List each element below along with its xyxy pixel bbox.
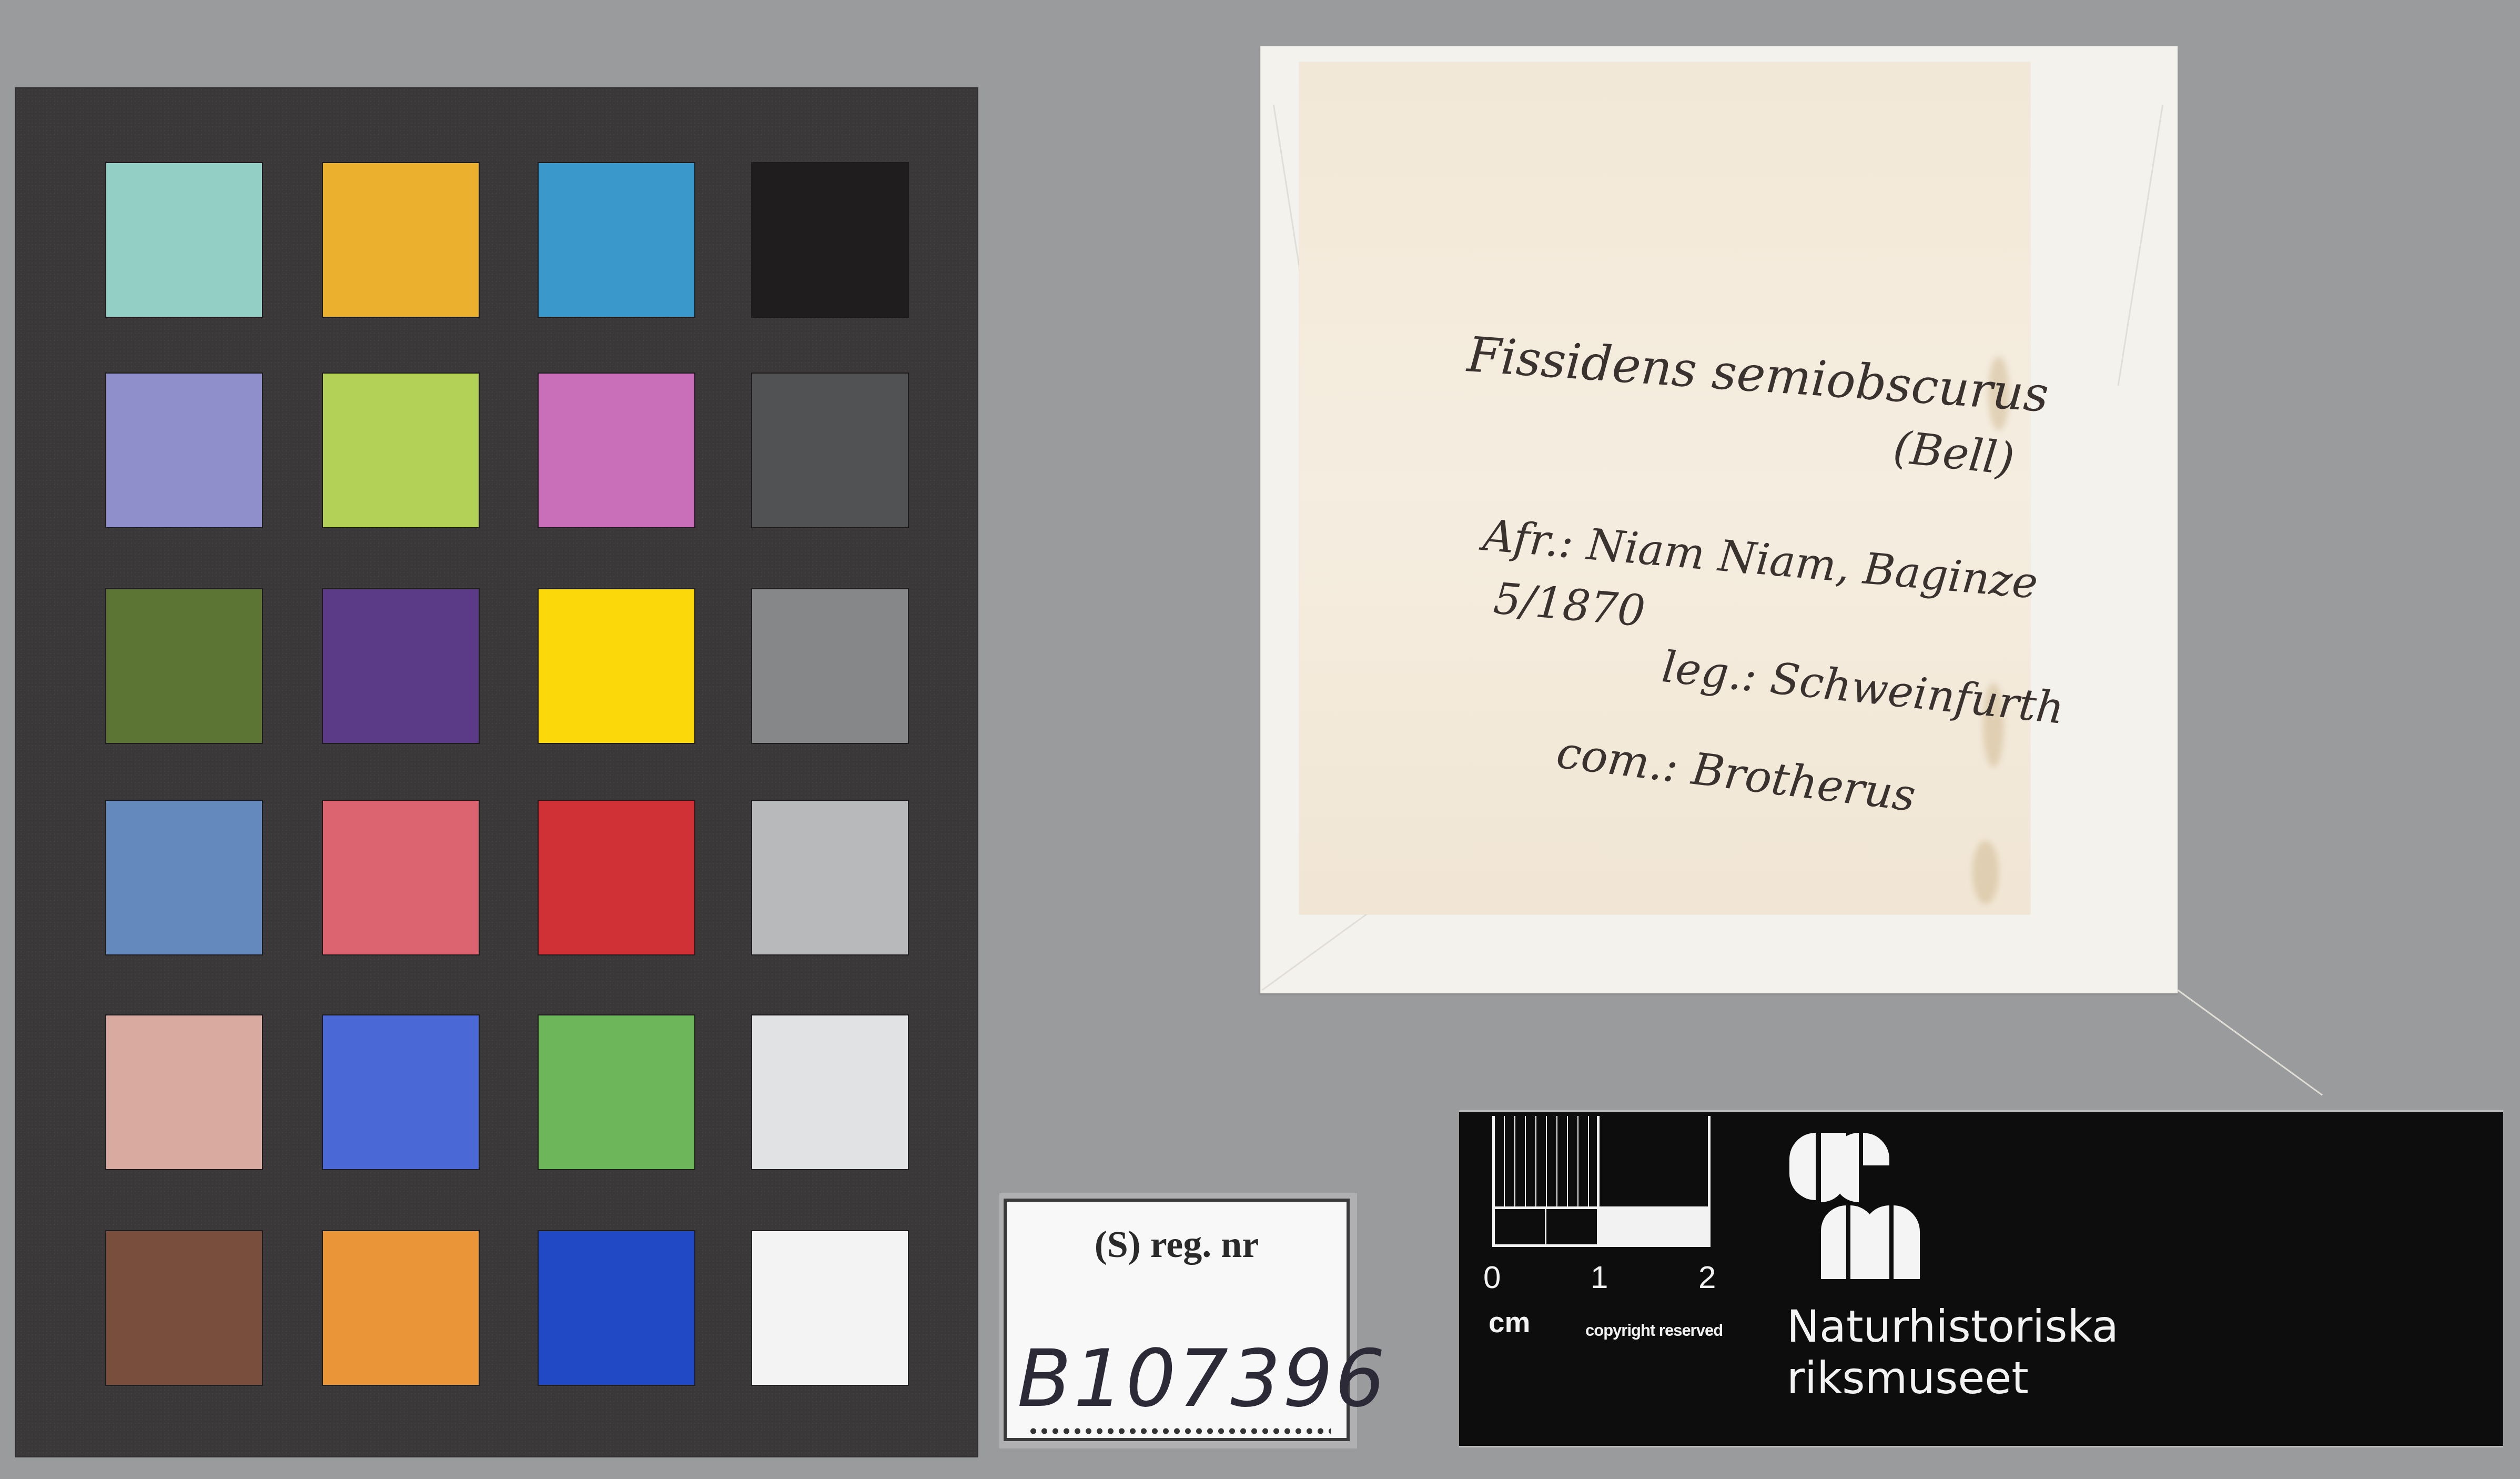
scale-mm-tick xyxy=(1514,1116,1515,1208)
museum-name-line2: riksmuseet xyxy=(1787,1353,2029,1404)
color-swatch xyxy=(751,1230,909,1386)
scale-tick-1: 1 xyxy=(1591,1259,1608,1295)
copyright-text: copyright reserved xyxy=(1585,1321,1723,1340)
color-swatch xyxy=(751,588,909,744)
scale-mm-tick xyxy=(1556,1116,1557,1208)
scale-mm-tick xyxy=(1546,1116,1547,1208)
registration-label: (S) reg. nr B107396 xyxy=(999,1193,1357,1448)
scale-tick-0: 0 xyxy=(1483,1259,1501,1295)
color-swatch xyxy=(322,373,480,528)
color-swatch xyxy=(105,373,263,528)
museum-name-line1: Naturhistoriska xyxy=(1787,1301,2119,1353)
scale-mm-tick xyxy=(1567,1116,1568,1208)
color-swatch xyxy=(105,1230,263,1386)
color-swatch xyxy=(538,588,695,744)
envelope-edge xyxy=(1260,46,1261,993)
envelope-flap-line-bottom-right xyxy=(2177,989,2323,1095)
color-swatch xyxy=(538,373,695,528)
registration-title: (S) reg. nr xyxy=(1007,1223,1347,1266)
color-swatch xyxy=(538,1014,695,1170)
color-swatch xyxy=(538,1230,695,1386)
color-swatch xyxy=(105,162,263,318)
scale-mm-tick xyxy=(1525,1116,1526,1208)
scale-tick-2: 2 xyxy=(1698,1259,1716,1295)
stain xyxy=(1972,841,1999,904)
color-swatch xyxy=(751,800,909,955)
color-swatch xyxy=(751,373,909,528)
scale-unit: cm xyxy=(1489,1305,1531,1339)
color-checker-card xyxy=(16,88,977,1456)
scale-bar-line xyxy=(1492,1116,1495,1246)
color-swatch xyxy=(751,1014,909,1170)
scale-bar-line xyxy=(1545,1209,1546,1246)
color-swatch xyxy=(322,162,480,318)
color-swatch xyxy=(751,162,909,318)
color-swatch xyxy=(105,800,263,955)
scale-bar-fill xyxy=(1598,1209,1709,1246)
scale-mm-tick xyxy=(1588,1116,1589,1208)
color-swatch xyxy=(538,800,695,955)
color-swatch xyxy=(322,800,480,955)
scale-mm-tick xyxy=(1577,1116,1578,1208)
scale-mm-tick xyxy=(1504,1116,1505,1208)
scale-card: 0 1 2 cm copyright reserved Naturhistori… xyxy=(1459,1110,2503,1447)
color-swatch xyxy=(105,588,263,744)
scale-mm-tick xyxy=(1535,1116,1536,1208)
color-swatch xyxy=(322,1230,480,1386)
color-swatch xyxy=(105,1014,263,1170)
color-swatch xyxy=(322,1014,480,1170)
color-swatch xyxy=(538,162,695,318)
dotted-line xyxy=(1028,1428,1331,1434)
registration-number: B107396 xyxy=(1017,1333,1388,1425)
color-swatch xyxy=(322,588,480,744)
registration-label-frame: (S) reg. nr B107396 xyxy=(1004,1199,1350,1441)
